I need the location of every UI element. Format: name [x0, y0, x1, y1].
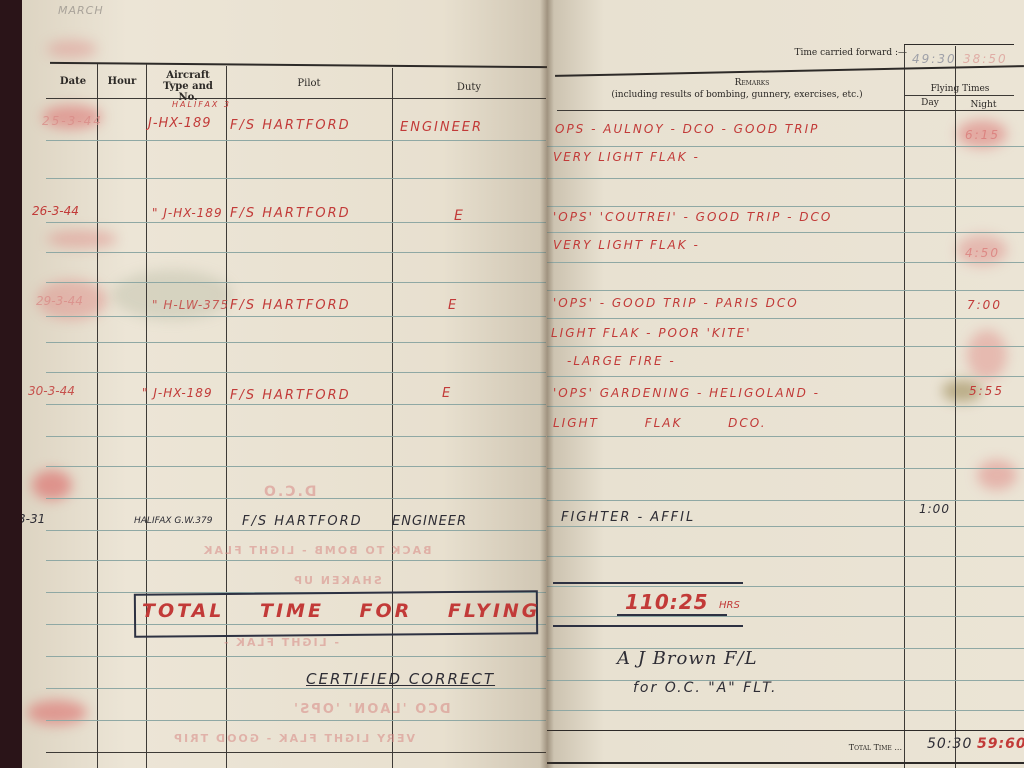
- signature: A J Brown F/L: [617, 648, 758, 669]
- entry-pilot: F/S HARTFORD: [230, 388, 351, 403]
- carried-forward-night: 38:50: [963, 52, 1008, 66]
- total-night: 59:60: [977, 736, 1024, 752]
- remarks-entry-5-line-1: FIGHTER - AFFIL: [561, 510, 695, 525]
- header-hour: Hour: [98, 76, 146, 87]
- total-time-label: Total Time ...: [797, 742, 902, 753]
- entry-pilot: F/S HARTFORD: [230, 298, 351, 313]
- entry-aircraft: " J-HX-189: [152, 206, 223, 220]
- certified-correct: CERTIFIED CORRECT: [306, 670, 495, 688]
- remarks-entry-1-line-2: VERY LIGHT FLAK -: [553, 150, 700, 164]
- header-duty: Duty: [394, 82, 544, 93]
- remarks-entry-2-line-1: 'OPS' 'COUTREI' - GOOD TRIP - DCO: [553, 210, 832, 224]
- month-label: MARCH: [58, 4, 104, 17]
- total-flying-label: TOTAL TIME FOR FLYING: [142, 600, 540, 622]
- remarks-entry-2-line-2: VERY LIGHT FLAK -: [553, 238, 700, 252]
- entry-date: 26-3-44: [32, 204, 79, 218]
- logbook-right-page: Time carried forward :— 49:30 38:50 Rema…: [547, 0, 1024, 768]
- entry-duty: ENGINEER: [400, 120, 483, 135]
- flying-times-header: Flying Times: [905, 84, 1015, 95]
- entry-date: 30-3-44: [28, 384, 75, 398]
- entry-aircraft: J-HX-189: [148, 116, 212, 131]
- entry-date: 25-3-44: [42, 114, 103, 128]
- entry-pilot: F/S HARTFORD: [230, 118, 351, 133]
- entry-aircraft: HALIFAX G.W.379: [134, 516, 212, 526]
- carried-forward-label: Time carried forward :—: [787, 48, 907, 59]
- header-pilot: Pilot: [227, 78, 391, 89]
- entry-aircraft-note: HALIFAX 3: [172, 100, 231, 109]
- total-day: 50:30: [927, 736, 972, 752]
- remarks-entry-3-line-3: -LARGE FIRE -: [567, 354, 676, 368]
- entry-date: 29-3-44: [36, 294, 83, 308]
- signature-role: for O.C. "A" FLT.: [633, 680, 777, 696]
- entry-pilot: F/S HARTFORD: [242, 514, 363, 529]
- header-aircraft: Aircraft Type and No.: [152, 70, 224, 103]
- carried-forward-day: 49:30: [912, 52, 957, 66]
- entry-duty: E: [448, 298, 458, 313]
- remarks-entry-1-line-1: OPS - AULNOY - DCO - GOOD TRIP: [555, 122, 819, 136]
- night-time-entry-4: 5:55: [969, 384, 1004, 398]
- remarks-entry-4-line-2: LIGHT FLAK DCO.: [553, 416, 767, 430]
- day-time-entry-5: 1:00: [919, 502, 950, 516]
- header-date: Date: [50, 76, 96, 87]
- entry-duty: ENGINEER: [392, 514, 467, 529]
- entry-aircraft: " J-HX-189: [142, 386, 213, 400]
- total-flying-unit: HRS: [719, 600, 740, 611]
- total-flying-value: 110:25: [625, 590, 709, 614]
- remarks-entry-4-line-1: 'OPS' GARDENING - HELIGOLAND -: [553, 386, 820, 400]
- night-time-entry-2: 4:50: [965, 246, 1000, 260]
- entry-date: 3-31: [22, 512, 45, 526]
- entry-duty: E: [454, 208, 465, 224]
- night-time-entry-3: 7:00: [967, 298, 1002, 312]
- entry-pilot: F/S HARTFORD: [230, 206, 351, 221]
- remarks-entry-3-line-1: 'OPS' - GOOD TRIP - PARIS DCO: [553, 296, 799, 310]
- logbook-left-page: MARCH Date Hour Aircraft Type and No. Pi…: [22, 0, 547, 768]
- header-day: Day: [905, 98, 955, 109]
- remarks-title: Remarks: [607, 78, 897, 89]
- entry-duty: E: [442, 386, 452, 401]
- book-spine: [540, 0, 554, 768]
- remarks-entry-3-line-2: LIGHT FLAK - POOR 'KITE': [551, 326, 752, 340]
- entry-aircraft: " H-LW-375: [152, 298, 229, 312]
- night-time-entry-1: 6:15: [965, 128, 1000, 142]
- remarks-subtitle: (including results of bombing, gunnery, …: [577, 90, 897, 101]
